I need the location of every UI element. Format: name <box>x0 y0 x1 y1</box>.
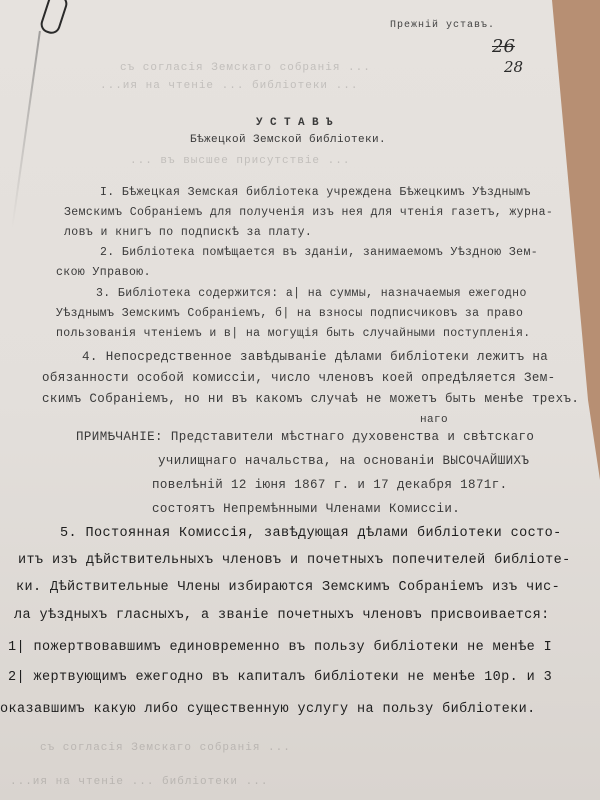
header-label: Прежній уставъ. <box>390 20 495 31</box>
bleed-through-text: ... въ высшее присутствіе ... <box>130 155 350 167</box>
paragraph-4-line: скимъ Собраніемъ, но ни въ какомъ случаѣ… <box>42 392 579 406</box>
paragraph-5-line: 5. Постоянная Комиссія, завѣдующая дѣлам… <box>60 526 562 541</box>
paragraph-1-line: ловъ и книгъ по подпискѣ за плату. <box>64 226 312 239</box>
paragraph-2-line: 2. Библіотека помѣщается въ зданіи, зани… <box>100 246 538 259</box>
note-superscript: наго <box>420 414 448 426</box>
bleed-through-text: ...ия на чтеніе ... библіотеки ... <box>10 776 268 788</box>
paragraph-4-line: обязанности особой комиссіи, число члено… <box>42 371 556 385</box>
page-number-crossed: 26 <box>492 36 515 57</box>
bleed-through-text: съ согласія Земскаго собранія ... <box>120 62 371 74</box>
paragraph-5-line: итъ изъ дѣйствительныхъ членовъ и почетн… <box>18 553 571 568</box>
paragraph-2-line: скою Управою. <box>56 266 151 279</box>
paragraph-1-line: I. Бѣжецкая Земская библіотека учреждена… <box>100 186 531 199</box>
document-subtitle: Бѣжецкой Земской библіотеки. <box>190 134 386 146</box>
note-line: состоятъ Непремѣнными Членами Комиссіи. <box>152 502 460 516</box>
paragraph-1-line: Земскимъ Собраніемъ для полученія изъ не… <box>64 206 553 219</box>
bleed-through-text: съ согласія Земскаго собранія ... <box>40 742 291 754</box>
paragraph-3-line: Уѣзднымъ Земскимъ Собраніемъ, б| на взно… <box>56 307 523 320</box>
note-line: повелѣній 12 іюня 1867 г. и 17 декабря 1… <box>152 478 508 492</box>
paragraph-5-line: ла уѣздныхъ гласныхъ, а званіе почетныхъ… <box>14 608 550 623</box>
paragraph-4-line: 4. Непосредственное завѣдываніе дѣлами б… <box>82 350 548 364</box>
page-number: 28 <box>504 58 523 76</box>
note-line: ПРИМѢЧАНІЕ: Представители мѣстнаго духов… <box>76 430 534 444</box>
paragraph-5-line: ки. Дѣйствительные Члены избираются Земс… <box>16 580 560 595</box>
note-line: училищнаго начальства, на основаніи ВЫСО… <box>158 454 529 468</box>
paragraph-3-line: 3. Библіотека содержится: а| на суммы, н… <box>96 287 527 300</box>
paragraph-5-line: 2| жертвующимъ ежегодно въ капиталъ библ… <box>8 670 552 685</box>
bleed-through-text: ...ия на чтеніе ... библіотеки ... <box>100 80 358 92</box>
paragraph-5-line: 1| пожертвовавшимъ единовременно въ поль… <box>8 640 552 655</box>
document-title: У С Т А В Ъ <box>256 117 333 129</box>
paragraph-5-line: оказавшимъ какую либо существенную услуг… <box>0 702 536 717</box>
paragraph-3-line: пользованія чтеніемъ и в| на могущія быт… <box>56 327 531 340</box>
